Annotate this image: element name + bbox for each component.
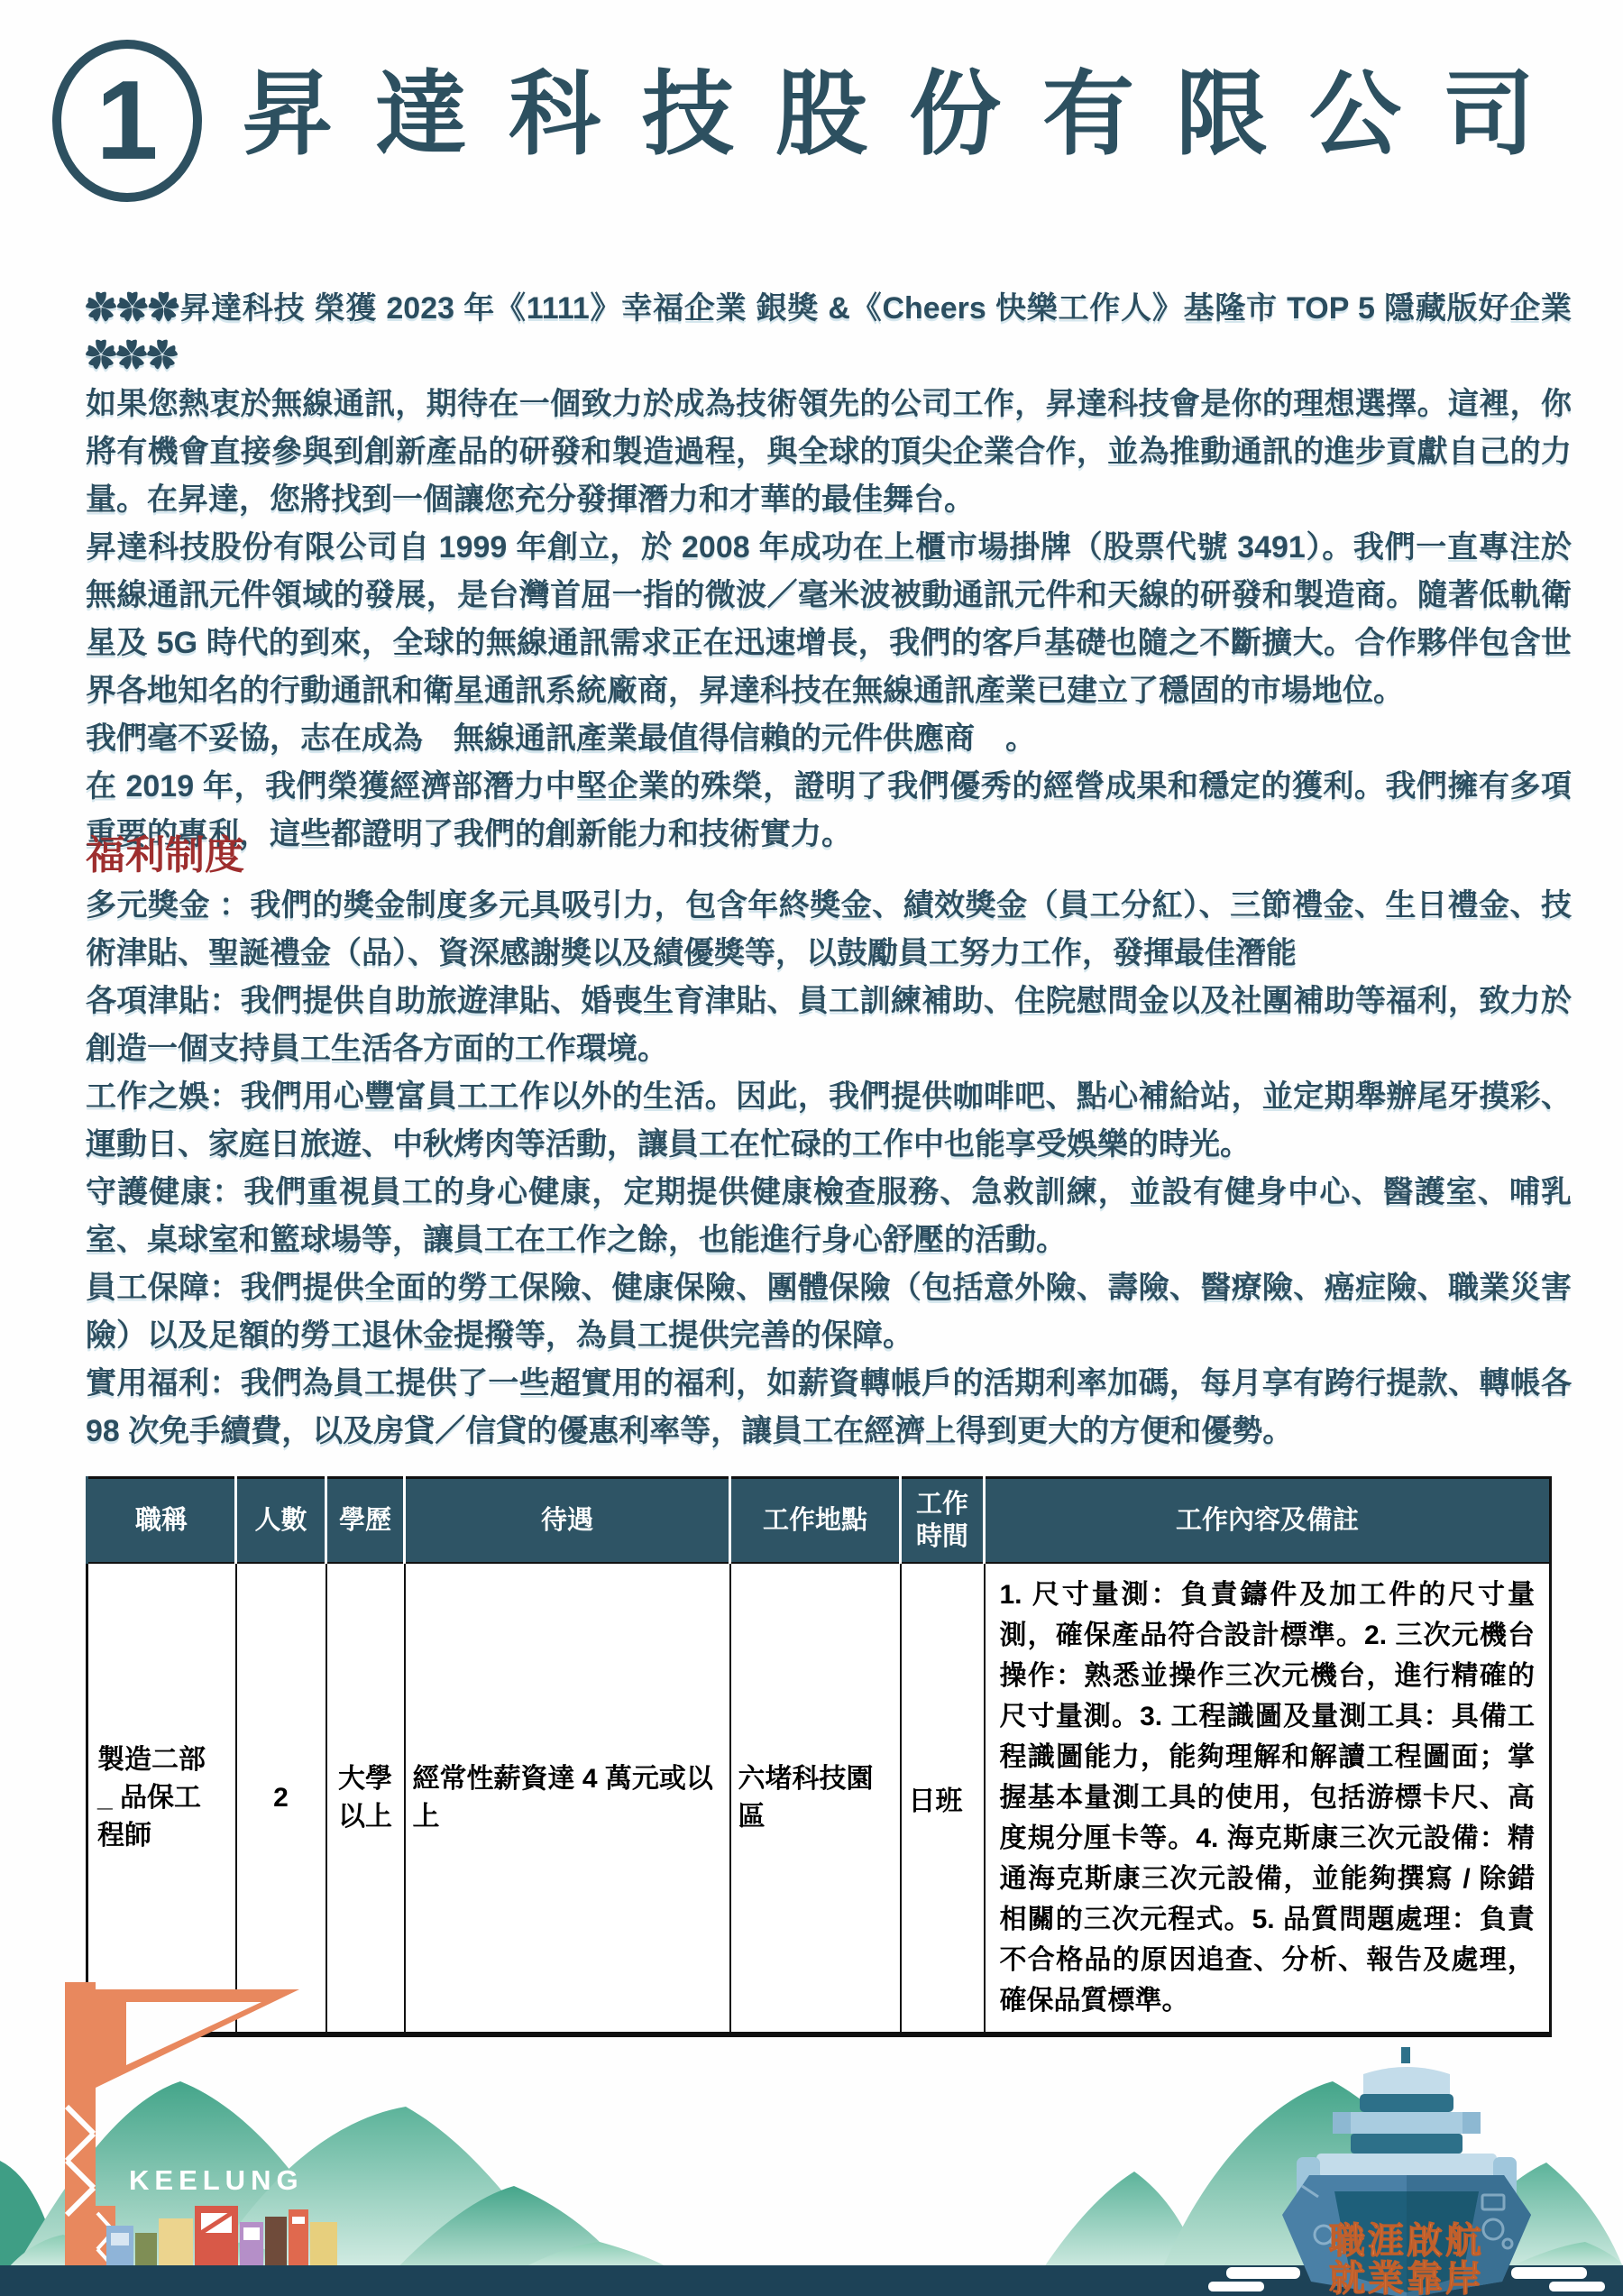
ship-slogan-line1: 職涯啟航 <box>1329 2221 1484 2261</box>
keelung-label: KEELUNG <box>129 2164 304 2196</box>
benefit-item-practical: 實用福利：我們為員工提供了一些超實用的福利，如薪資轉帳戶的活期利率加碼，每月享有… <box>86 1360 1572 1456</box>
section-number-badge: 1 <box>52 40 202 202</box>
job-location-cell: 六堵科技園區 <box>730 1563 901 2034</box>
intro-paragraph-4: 在 2019 年，我們榮獲經濟部潛力中堅企業的殊榮，證明了我們優秀的經營成果和穩… <box>86 763 1572 859</box>
col-header-title: 職稱 <box>87 1478 236 1564</box>
benefit-item-health: 守護健康：我們重視員工的身心健康，定期提供健康檢查服務、急救訓練，並設有健身中心… <box>86 1169 1572 1264</box>
table-row: 製造二部 _ 品保工程師 2 大學以上 經常性薪資達 4 萬元或以上 六堵科技園… <box>87 1563 1551 2034</box>
job-shift-cell: 日班 <box>901 1563 985 2034</box>
award-line: ✿✿✿昇達科技 榮獲 2023 年《1111》幸福企業 銀獎 &《Cheers … <box>86 285 1572 381</box>
recruitment-flyer-page: 1 昇達科技股份有限公司 ✿✿✿昇達科技 榮獲 2023 年《1111》幸福企業… <box>0 0 1623 2296</box>
benefit-item-recreation: 工作之娛：我們用心豐富員工工作以外的生活。因此，我們提供咖啡吧、點心補給站，並定… <box>86 1073 1572 1169</box>
intro-paragraph-1: 如果您熱衷於無線通訊，期待在一個致力於成為技術領先的公司工作，昇達科技會是你的理… <box>86 381 1572 524</box>
col-header-location: 工作地點 <box>730 1478 901 1564</box>
benefit-item-bonus: 多元獎金 ：我們的獎金制度多元具吸引力，包含年終獎金、績效獎金（員工分紅）、三節… <box>86 882 1572 978</box>
col-header-hours: 工作時間 <box>901 1478 985 1564</box>
harbor-footer-illustration: KEELUNG <box>0 1980 1623 2296</box>
job-count-cell: 2 <box>236 1563 326 2034</box>
col-header-count: 人數 <box>236 1478 326 1564</box>
company-title: 昇達科技股份有限公司 <box>242 41 1576 173</box>
section-number: 1 <box>96 65 159 177</box>
job-openings-table: 職稱 人數 學歷 待遇 工作地點 工作時間 工作內容及備註 製造二部 _ 品保工… <box>86 1476 1552 2037</box>
company-intro: ✿✿✿昇達科技 榮獲 2023 年《1111》幸福企業 銀獎 &《Cheers … <box>86 285 1572 859</box>
intro-paragraph-2: 昇達科技股份有限公司自 1999 年創立，於 2008 年成功在上櫃市場掛牌（股… <box>86 524 1572 715</box>
benefits-section: 多元獎金 ：我們的獎金制度多元具吸引力，包含年終獎金、績效獎金（員工分紅）、三節… <box>86 882 1572 1456</box>
benefits-heading: 福利制度 <box>86 822 244 880</box>
col-header-salary: 待遇 <box>405 1478 730 1564</box>
col-header-description: 工作內容及備註 <box>985 1478 1551 1564</box>
ship-icon: 職涯啟航 就業靠岸 <box>1282 2047 1531 2296</box>
table-header-row: 職稱 人數 學歷 待遇 工作地點 工作時間 工作內容及備註 <box>87 1478 1551 1564</box>
job-description-cell: 1. 尺寸量測：負責鑄件及加工件的尺寸量測，確保產品符合設計標準。2. 三次元機… <box>985 1563 1551 2034</box>
col-header-education: 學歷 <box>326 1478 405 1564</box>
job-title-cell: 製造二部 _ 品保工程師 <box>87 1563 236 2034</box>
benefit-item-subsidies: 各項津貼：我們提供自助旅遊津貼、婚喪生育津貼、員工訓練補助、住院慰問金以及社團補… <box>86 978 1572 1073</box>
ship-slogan-line2: 就業靠岸 <box>1329 2259 1484 2296</box>
job-salary-cell: 經常性薪資達 4 萬元或以上 <box>405 1563 730 2034</box>
intro-paragraph-3: 我們毫不妥協，志在成為 無線通訊產業最值得信賴的元件供應商 。 <box>86 715 1572 763</box>
benefit-item-insurance: 員工保障：我們提供全面的勞工保險、健康保險、團體保險（包括意外險、壽險、醫療險、… <box>86 1264 1572 1360</box>
job-education-cell: 大學以上 <box>326 1563 405 2034</box>
